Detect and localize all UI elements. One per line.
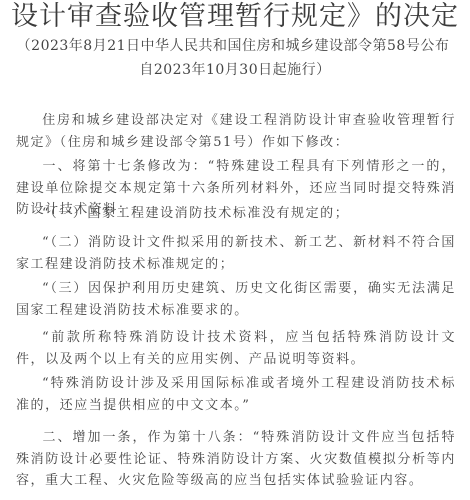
document-subtitle-line-2: 自2023年10月30日起施行） [0,59,470,79]
paragraph-preamble: 住房和城乡建设部决定对《建设工程消防设计审查验收管理暂行规定》（住房和城乡建设部… [16,110,456,153]
paragraph-foreign-standards: “特殊消防设计涉及采用国际标准或者境外工程建设消防技术标准的，还应当提供相应的中… [16,373,456,416]
paragraph-item-1: “（一）国家工程建设消防技术标准没有规定的； [16,203,456,225]
paragraph-item-2: “（二）消防设计文件拟采用的新技术、新工艺、新材料不符合国家工程建设消防技术标准… [16,232,456,275]
paragraph-article-two: 二、增加一条，作为第十八条：“特殊消防设计文件应当包括特殊消防设计必要性论证、特… [16,427,456,492]
paragraph-definition: “前款所称特殊消防设计技术资料，应当包括特殊消防设计文件，以及两个以上有关的应用… [16,327,456,370]
paragraph-item-3: “（三）因保护利用历史建筑、历史文化街区需要，确实无法满足国家工程建设消防技术标… [16,278,456,321]
document-title: 设计审查验收管理暂行规定》的决定 [0,0,470,33]
document-subtitle-line-1: （2023年8月21日中华人民共和国住房和城乡建设部令第58号公布 [0,35,468,55]
